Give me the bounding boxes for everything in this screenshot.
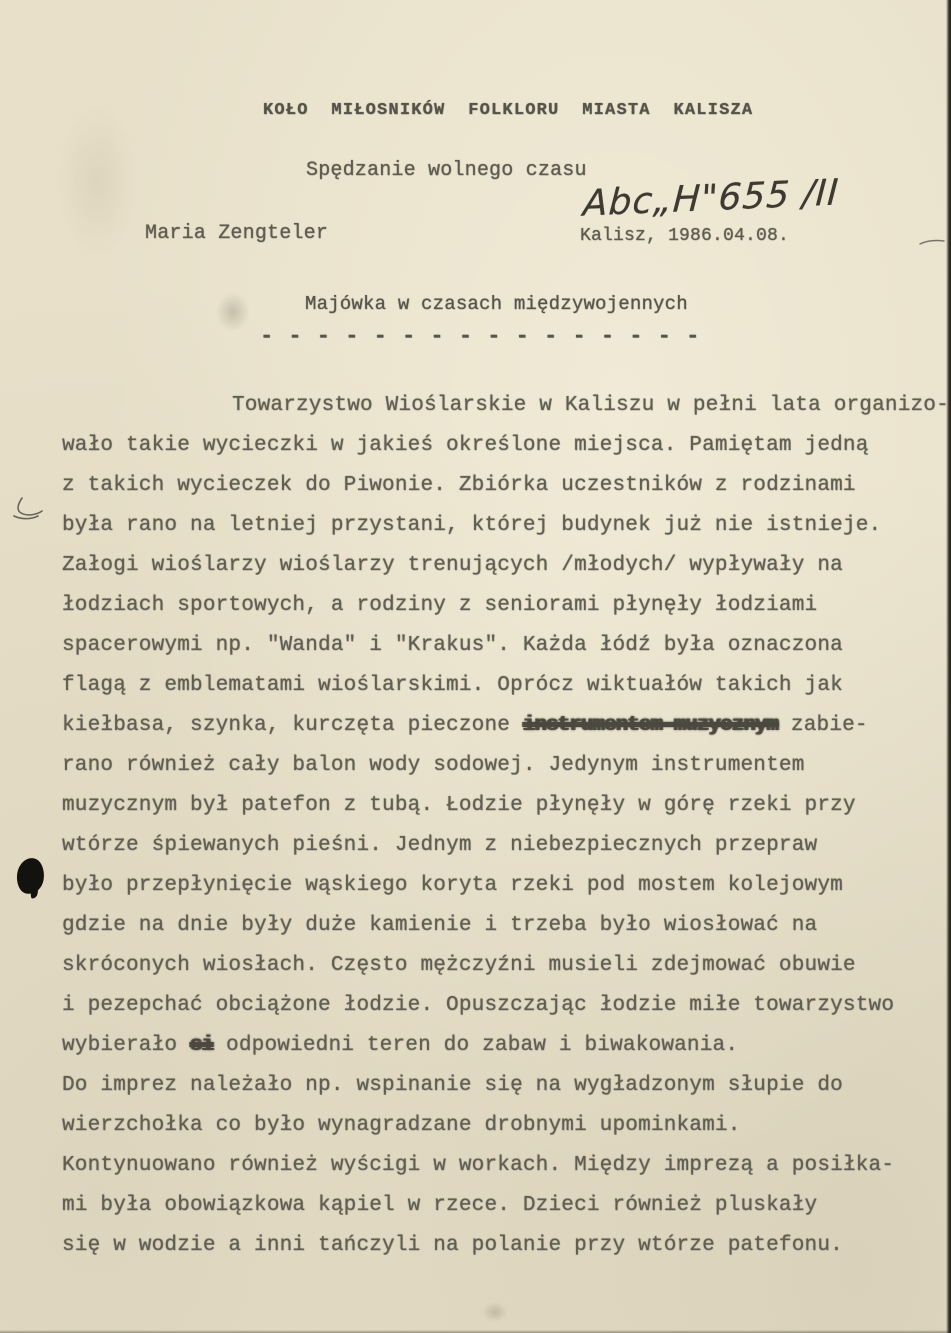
text-line: łodziach sportowych, a rodziny z seniora…: [62, 586, 928, 626]
typed-text: wtórze śpiewanych pieśni. Jednym z niebe…: [62, 834, 817, 857]
typed-text: się w wodzie a inni tańczyli na polanie …: [62, 1234, 843, 1257]
pen-dash-mark: [918, 236, 946, 248]
scanned-document-page: KOŁO MIŁOSNIKÓW FOLKLORU MIASTA KALISZA …: [0, 0, 951, 1333]
text-line: kiełbasa, szynka, kurczęta pieczone inst…: [62, 706, 928, 746]
typed-text: i pezepchać obciążone łodzie. Opuszczają…: [62, 994, 894, 1017]
document-title: Majówka w czasach międzywojennych: [305, 293, 688, 315]
text-line: i pezepchać obciążone łodzie. Opuszczają…: [62, 986, 928, 1026]
typed-text: skróconych wiosłach. Często mężczyźni mu…: [62, 954, 856, 977]
typed-text: z takich wycieczek do Piwonie. Zbiórka u…: [62, 474, 856, 497]
text-line: Do imprez należało np. wspinanie się na …: [62, 1066, 928, 1106]
typed-text: Załogi wioślarzy wioślarzy trenujących /…: [62, 554, 843, 577]
typed-text: wybierało: [62, 1034, 190, 1057]
text-line: rano również cały balon wody sodowej. Je…: [62, 746, 928, 786]
typed-text: wało takie wycieczki w jakieś określone …: [62, 434, 869, 457]
organization-header: KOŁO MIŁOSNIKÓW FOLKLORU MIASTA KALISZA: [263, 101, 753, 120]
text-line: z takich wycieczek do Piwonie. Zbiórka u…: [62, 466, 928, 506]
typed-text: flagą z emblematami wioślarskimi. Oprócz…: [62, 674, 843, 697]
struck-out-text: si: [190, 1034, 213, 1057]
text-line: była rano na letniej przystani, której b…: [62, 506, 928, 546]
typed-text: zabie-: [778, 714, 868, 737]
text-line: było przepłynięcie wąskiego koryta rzeki…: [62, 866, 928, 906]
text-line: Towarzystwo Wioślarskie w Kaliszu w pełn…: [62, 386, 928, 426]
title-dashed-underline: - - - - - - - - - - - - - - - -: [260, 324, 700, 349]
pencil-smudge: [216, 292, 250, 332]
typed-text: spacerowymi np. "Wanda" i "Krakus". Każd…: [62, 634, 843, 657]
struck-out-text: instrumentem muzycznym: [523, 714, 778, 737]
text-line: muzycznym był patefon z tubą. Łodzie pły…: [62, 786, 928, 826]
typed-text: gdzie na dnie były duże kamienie i trzeb…: [62, 914, 817, 937]
text-line: wało takie wycieczki w jakieś określone …: [62, 426, 928, 466]
series-subtitle: Spędzanie wolnego czasu: [306, 159, 587, 182]
text-line: Załogi wioślarzy wioślarzy trenujących /…: [62, 546, 928, 586]
text-line: skróconych wiosłach. Często mężczyźni mu…: [62, 946, 928, 986]
typed-text: mi była obowiązkowa kąpiel w rzece. Dzie…: [62, 1194, 817, 1217]
typed-text: kiełbasa, szynka, kurczęta pieczone: [62, 714, 523, 737]
text-line: spacerowymi np. "Wanda" i "Krakus". Każd…: [62, 626, 928, 666]
pen-squiggle-mark: [8, 494, 48, 528]
author-name: Maria Zengteler: [145, 222, 328, 245]
text-line: wybierało si odpowiedni teren do zabaw i…: [62, 1026, 928, 1066]
typed-text: łodziach sportowych, a rodziny z seniora…: [62, 594, 817, 617]
typed-text: była rano na letniej przystani, której b…: [62, 514, 881, 537]
typed-text: Kontynuowano również wyścigi w workach. …: [62, 1154, 894, 1177]
typed-text: Towarzystwo Wioślarskie w Kaliszu w pełn…: [232, 394, 949, 417]
text-line: wtórze śpiewanych pieśni. Jednym z niebe…: [62, 826, 928, 866]
text-line: wierzchołka co było wynagradzane drobnym…: [62, 1106, 928, 1146]
place-and-date: Kalisz, 1986.04.08.: [580, 226, 789, 246]
typed-text: rano również cały balon wody sodowej. Je…: [62, 754, 805, 777]
typed-text: muzycznym był patefon z tubą. Łodzie pły…: [62, 794, 856, 817]
text-line: się w wodzie a inni tańczyli na polanie …: [62, 1226, 928, 1266]
text-line: mi była obowiązkowa kąpiel w rzece. Dzie…: [62, 1186, 928, 1226]
paper-watermark: [52, 96, 142, 266]
text-line: flagą z emblematami wioślarskimi. Oprócz…: [62, 666, 928, 706]
text-line: gdzie na dnie były duże kamienie i trzeb…: [62, 906, 928, 946]
typed-text: było przepłynięcie wąskiego koryta rzeki…: [62, 874, 843, 897]
typed-text: odpowiedni teren do zabaw i biwakowania.: [213, 1034, 738, 1057]
typed-text: wierzchołka co było wynagradzane drobnym…: [62, 1114, 741, 1137]
bottom-smudge: [482, 1302, 508, 1322]
ink-blot: [15, 856, 47, 895]
body-text: Towarzystwo Wioślarskie w Kaliszu w pełn…: [62, 386, 928, 1266]
scan-edge-right: [946, 0, 951, 1333]
typed-text: Do imprez należało np. wspinanie się na …: [62, 1074, 843, 1097]
text-line: Kontynuowano również wyścigi w workach. …: [62, 1146, 928, 1186]
handwritten-archive-signature: Abc„H"655 /II: [582, 172, 840, 224]
